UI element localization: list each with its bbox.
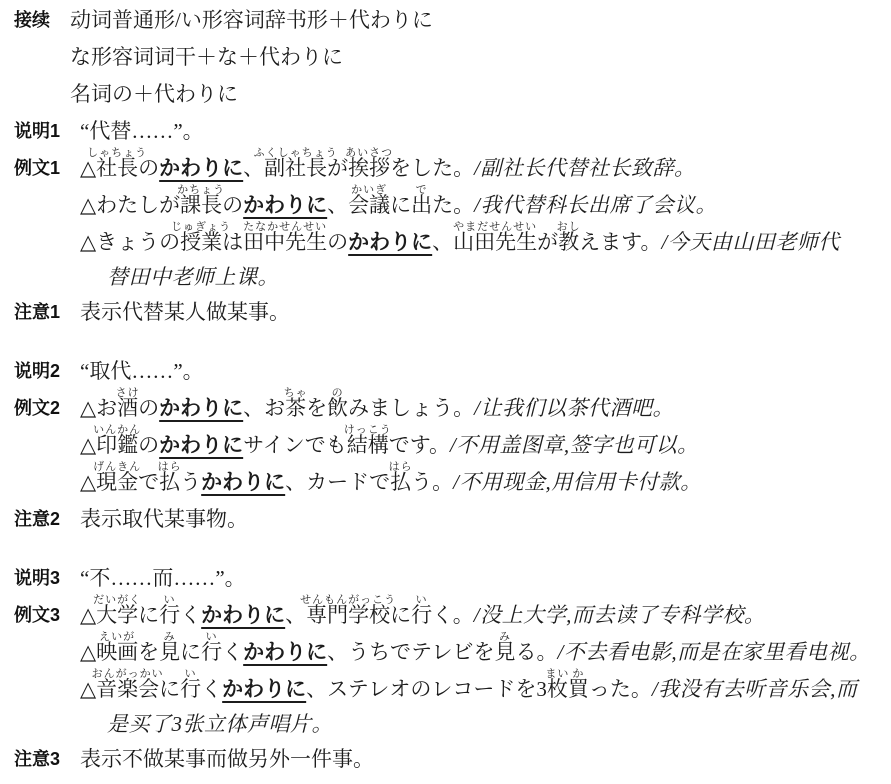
block-content-zhuyi-1: 表示代替某人做某事。 xyxy=(80,294,885,331)
ruby-base-text: 専門学校 xyxy=(306,603,390,627)
text-segment: △ xyxy=(80,433,96,457)
text-segment: に xyxy=(159,677,180,701)
ruby-base: 社長しゃちょう xyxy=(96,150,138,187)
furigana: で xyxy=(416,185,428,196)
ruby-base-text: 授業 xyxy=(180,230,222,254)
text-segment: く xyxy=(201,677,222,701)
ruby-base: 行い xyxy=(180,671,201,708)
block-label-reibun-1: 例文1 xyxy=(14,150,60,187)
block-label-zhuyi-2: 注意2 xyxy=(14,501,60,538)
text-segment: をした。 xyxy=(390,156,474,180)
text-segment: は xyxy=(222,230,243,254)
block-label-shuoming-2: 说明2 xyxy=(14,353,60,390)
furigana: いんかん xyxy=(93,425,141,436)
block-reibun-2: 例文2△お酒さけのかわりに、お茶ちゃを飲のみましょう。/让我们以茶代酒吧。△印鑑… xyxy=(14,390,885,501)
text-line: △お酒さけのかわりに、お茶ちゃを飲のみましょう。/让我们以茶代酒吧。 xyxy=(80,390,885,427)
text-segment: く xyxy=(180,603,201,627)
chinese-translation: /我没有去听音乐会,而 xyxy=(652,677,858,701)
block-content-setsuzoku: 动词普通形/い形容词辞书形＋代わりにな形容词词干＋な＋代わりに名词の＋代わりに xyxy=(70,2,885,113)
ruby-base: 挨拶あいさつ xyxy=(348,150,390,187)
ruby-base-text: 会議 xyxy=(348,193,390,217)
ruby-base: 払はら xyxy=(390,464,411,501)
text-segment: 、お xyxy=(243,396,285,420)
furigana: い xyxy=(206,632,218,643)
text-segment: “不……而……”。 xyxy=(80,566,246,590)
furigana: おし xyxy=(557,222,581,233)
text-line: 名词の＋代わりに xyxy=(70,76,885,113)
furigana: げんきん xyxy=(93,462,141,473)
text-segment: 、カードで xyxy=(285,470,390,494)
furigana: か xyxy=(572,669,584,680)
ruby-base: 授業じゅぎょう xyxy=(180,224,222,261)
text-segment: に xyxy=(390,193,411,217)
block-label-zhuyi-1: 注意1 xyxy=(14,294,60,331)
text-line: 表示取代某事物。 xyxy=(80,501,885,538)
ruby-base-text: 映画 xyxy=(96,640,138,664)
text-segment: 、うちでテレビを xyxy=(327,640,494,664)
text-line: △現金げんきんで払はらうかわりに、カードで払はらう。/不用现金,用信用卡付款。 xyxy=(80,464,885,501)
block-setsuzoku: 接续动词普通形/い形容词辞书形＋代わりにな形容词词干＋な＋代わりに名词の＋代わり… xyxy=(14,2,885,113)
ruby-base: 行い xyxy=(411,597,432,634)
keyword-kawarini: かわりに xyxy=(222,678,306,701)
text-segment: の xyxy=(138,396,159,420)
text-segment: “代替……”。 xyxy=(80,119,204,143)
block-content-shuoming-2: “取代……”。 xyxy=(80,353,885,390)
furigana: えいが xyxy=(99,632,135,643)
furigana: しゃちょう xyxy=(87,148,147,159)
block-content-reibun-2: △お酒さけのかわりに、お茶ちゃを飲のみましょう。/让我们以茶代酒吧。△印鑑いんか… xyxy=(80,390,885,501)
keyword-kawarini: かわりに xyxy=(348,231,432,254)
text-segment: △わたしが xyxy=(80,193,180,217)
text-segment: 、 xyxy=(432,230,453,254)
text-segment: る。 xyxy=(516,640,558,664)
text-segment: く xyxy=(222,640,243,664)
block-content-shuoming-1: “代替……”。 xyxy=(80,113,885,150)
furigana: はら xyxy=(389,462,413,473)
ruby-base-text: 課長 xyxy=(180,193,222,217)
ruby-base: 副社長ふくしゃちょう xyxy=(264,150,327,187)
ruby-base: 会議かいぎ xyxy=(348,187,390,224)
ruby-base: 課長かちょう xyxy=(180,187,222,224)
text-segment: △お xyxy=(80,396,117,420)
text-segment: の xyxy=(138,433,159,457)
text-segment: で xyxy=(138,470,159,494)
text-line: 动词普通形/い形容词辞书形＋代わりに xyxy=(70,2,885,39)
text-segment: えます。 xyxy=(579,230,661,254)
text-segment: 表示不做某事而做另外一件事。 xyxy=(80,747,374,771)
text-line: △社長しゃちょうのかわりに、副社長ふくしゃちょうが挨拶あいさつをした。/副社长代… xyxy=(80,150,885,187)
ruby-base-text: 行 xyxy=(201,640,222,664)
keyword-kawarini: かわりに xyxy=(243,194,327,217)
text-segment: △ xyxy=(80,677,96,701)
text-segment: の xyxy=(222,193,243,217)
furigana: だいがく xyxy=(93,595,141,606)
ruby-base: 印鑑いんかん xyxy=(96,427,138,464)
furigana: かいぎ xyxy=(351,185,387,196)
furigana: おんがっかい xyxy=(92,669,164,680)
chinese-translation: /不用现金,用信用卡付款。 xyxy=(453,470,702,494)
text-segment: に xyxy=(180,640,201,664)
continuation-line: 是买了3张立体声唱片。 xyxy=(80,708,885,741)
ruby-base-text: 大学 xyxy=(96,603,138,627)
block-shuoming-1: 说明1“代替……”。 xyxy=(14,113,885,150)
ruby-base-text: 田中先生 xyxy=(243,230,327,254)
furigana: はら xyxy=(158,462,182,473)
keyword-kawarini: かわりに xyxy=(159,157,243,180)
ruby-base: 教おし xyxy=(558,224,579,261)
block-shuoming-2: 说明2“取代……”。 xyxy=(14,353,885,390)
text-segment: △ xyxy=(80,640,96,664)
keyword-kawarini: かわりに xyxy=(201,604,285,627)
text-segment: 、 xyxy=(285,603,306,627)
furigana: い xyxy=(164,595,176,606)
text-segment: 、 xyxy=(327,193,348,217)
ruby-base-text: 行 xyxy=(180,677,201,701)
text-segment: です。 xyxy=(389,433,450,457)
text-segment: を xyxy=(138,640,159,664)
block-label-shuoming-1: 说明1 xyxy=(14,113,60,150)
text-line: △きょうの授業じゅぎょうは田中先生たなかせんせいのかわりに、山田先生やまだせんせ… xyxy=(80,224,885,261)
text-segment: みましょう。 xyxy=(348,396,474,420)
chinese-translation: 是买了3张立体声唱片。 xyxy=(107,712,333,736)
block-label-reibun-2: 例文2 xyxy=(14,390,60,427)
furigana: み xyxy=(499,632,511,643)
furigana: たなかせんせい xyxy=(243,222,327,233)
block-label-setsuzoku: 接续 xyxy=(14,2,50,39)
ruby-base: 見み xyxy=(159,634,180,671)
text-segment: 表示取代某事物。 xyxy=(80,507,248,531)
text-segment: “取代……”。 xyxy=(80,359,204,383)
text-segment: が xyxy=(537,230,558,254)
furigana: かちょう xyxy=(177,185,225,196)
ruby-base: 行い xyxy=(159,597,180,634)
block-label-reibun-3: 例文3 xyxy=(14,597,60,634)
block-reibun-1: 例文1△社長しゃちょうのかわりに、副社長ふくしゃちょうが挨拶あいさつをした。/副… xyxy=(14,150,885,294)
text-segment: う xyxy=(180,470,201,494)
text-segment: な形容词词干＋な＋代わりに xyxy=(70,45,343,69)
furigana: けっこう xyxy=(344,425,392,436)
chinese-translation: 替田中老师上课。 xyxy=(107,265,279,289)
text-segment: く。 xyxy=(432,603,474,627)
text-segment: サインでも xyxy=(243,433,347,457)
block-content-zhuyi-3: 表示不做某事而做另外一件事。 xyxy=(80,741,885,778)
ruby-base: 払はら xyxy=(159,464,180,501)
ruby-base: 山田先生やまだせんせい xyxy=(453,224,537,261)
keyword-kawarini: かわりに xyxy=(201,471,285,494)
text-line: 表示代替某人做某事。 xyxy=(80,294,885,331)
furigana: ふくしゃちょう xyxy=(254,148,338,159)
ruby-base-text: 茶 xyxy=(285,396,306,420)
block-content-shuoming-3: “不……而……”。 xyxy=(80,560,885,597)
ruby-base-text: 行 xyxy=(159,603,180,627)
ruby-base: 枚まい xyxy=(547,671,568,708)
text-line: △大学だいがくに行いくかわりに、専門学校せんもんがっこうに行いく。/没上大学,而… xyxy=(80,597,885,634)
chinese-translation: /我代替科长出席了会议。 xyxy=(474,193,717,217)
chinese-translation: /让我们以茶代酒吧。 xyxy=(474,396,674,420)
text-line: △音楽会おんがっかいに行いくかわりに、ステレオのレコードを3枚まい買かった。/我… xyxy=(80,671,885,708)
text-segment: △ xyxy=(80,156,96,180)
furigana: い xyxy=(416,595,428,606)
keyword-kawarini: かわりに xyxy=(159,397,243,420)
ruby-base: 酒さけ xyxy=(117,390,138,427)
chinese-translation: /不去看电影,而是在家里看电视。 xyxy=(558,640,871,664)
ruby-base-text: 酒 xyxy=(117,396,138,420)
keyword-kawarini: かわりに xyxy=(243,641,327,664)
ruby-base: 結構けっこう xyxy=(347,427,389,464)
text-line: △映画えいがを見みに行いくかわりに、うちでテレビを見みる。/不去看电影,而是在家… xyxy=(80,634,885,671)
block-zhuyi-1: 注意1表示代替某人做某事。 xyxy=(14,294,885,331)
ruby-base-text: 見 xyxy=(495,640,516,664)
furigana: まい xyxy=(545,669,569,680)
text-line: “取代……”。 xyxy=(80,353,885,390)
ruby-base: 買か xyxy=(568,671,589,708)
ruby-base: 見み xyxy=(495,634,516,671)
ruby-base: 現金げんきん xyxy=(96,464,138,501)
block-shuoming-3: 说明3“不……而……”。 xyxy=(14,560,885,597)
text-segment: を xyxy=(306,396,327,420)
block-content-reibun-3: △大学だいがくに行いくかわりに、専門学校せんもんがっこうに行いく。/没上大学,而… xyxy=(80,597,885,741)
keyword-kawarini: かわりに xyxy=(159,434,243,457)
ruby-base-text: 挨拶 xyxy=(348,156,390,180)
text-line: △印鑑いんかんのかわりにサインでも結構けっこうです。/不用盖图章,签字也可以。 xyxy=(80,427,885,464)
block-zhuyi-2: 注意2表示取代某事物。 xyxy=(14,501,885,538)
furigana: やまだせんせい xyxy=(453,222,537,233)
furigana: せんもんがっこう xyxy=(300,595,396,606)
ruby-base: 映画えいが xyxy=(96,634,138,671)
ruby-base-text: 買 xyxy=(568,677,589,701)
ruby-base-text: 印鑑 xyxy=(96,433,138,457)
text-segment: った。 xyxy=(589,677,652,701)
text-segment: の xyxy=(327,230,348,254)
ruby-base-text: 教 xyxy=(558,230,579,254)
ruby-base-text: 見 xyxy=(159,640,180,664)
text-line: “不……而……”。 xyxy=(80,560,885,597)
ruby-base-text: 飲 xyxy=(327,396,348,420)
page: 接续动词普通形/い形容词辞书形＋代わりにな形容词词干＋な＋代わりに名词の＋代わり… xyxy=(0,0,891,784)
text-line: △わたしが課長かちょうのかわりに、会議かいぎに出でた。/我代替科长出席了会议。 xyxy=(80,187,885,224)
continuation-line: 替田中老师上课。 xyxy=(80,261,885,294)
furigana: み xyxy=(164,632,176,643)
ruby-base: 茶ちゃ xyxy=(285,390,306,427)
ruby-base: 飲の xyxy=(327,390,348,427)
ruby-base: 音楽会おんがっかい xyxy=(96,671,159,708)
chinese-translation: /副社长代替社长致辞。 xyxy=(474,156,695,180)
furigana: い xyxy=(185,669,197,680)
ruby-base-text: 出 xyxy=(411,193,432,217)
chinese-translation: /不用盖图章,签字也可以。 xyxy=(450,433,699,457)
block-content-reibun-1: △社長しゃちょうのかわりに、副社長ふくしゃちょうが挨拶あいさつをした。/副社长代… xyxy=(80,150,885,294)
ruby-base-text: 社長 xyxy=(96,156,138,180)
furigana: の xyxy=(332,388,344,399)
text-line: な形容词词干＋な＋代わりに xyxy=(70,39,885,76)
ruby-base: 大学だいがく xyxy=(96,597,138,634)
text-segment: 、 xyxy=(243,156,264,180)
ruby-base-text: 結構 xyxy=(347,433,389,457)
ruby-base: 行い xyxy=(201,634,222,671)
ruby-base: 出で xyxy=(411,187,432,224)
text-segment: 、ステレオのレコードを3 xyxy=(306,677,547,701)
text-segment: に xyxy=(390,603,411,627)
text-segment: △ xyxy=(80,603,96,627)
furigana: ちゃ xyxy=(284,388,308,399)
ruby-base-text: 副社長 xyxy=(264,156,327,180)
text-segment: △ xyxy=(80,470,96,494)
chinese-translation: /今天由山田老师代 xyxy=(662,230,840,254)
text-segment: 表示代替某人做某事。 xyxy=(80,300,290,324)
chinese-translation: /没上大学,而去读了专科学校。 xyxy=(474,603,766,627)
text-segment: に xyxy=(138,603,159,627)
furigana: じゅぎょう xyxy=(171,222,231,233)
text-segment: う。 xyxy=(411,470,453,494)
ruby-base: 田中先生たなかせんせい xyxy=(243,224,327,261)
ruby-base-text: 枚 xyxy=(547,677,568,701)
ruby-base-text: 払 xyxy=(159,470,180,494)
text-segment: 动词普通形/い形容词辞书形＋代わりに xyxy=(70,8,433,32)
text-line: 表示不做某事而做另外一件事。 xyxy=(80,741,885,778)
ruby-base-text: 現金 xyxy=(96,470,138,494)
text-segment: が xyxy=(327,156,348,180)
block-content-zhuyi-2: 表示取代某事物。 xyxy=(80,501,885,538)
text-line: “代替……”。 xyxy=(80,113,885,150)
text-segment: △きょうの xyxy=(80,230,180,254)
block-label-zhuyi-3: 注意3 xyxy=(14,741,60,778)
text-segment: 名词の＋代わりに xyxy=(70,82,238,106)
ruby-base-text: 行 xyxy=(411,603,432,627)
furigana: さけ xyxy=(116,388,140,399)
ruby-base-text: 払 xyxy=(390,470,411,494)
text-segment: た。 xyxy=(432,193,474,217)
text-segment: の xyxy=(138,156,159,180)
furigana: あいさつ xyxy=(345,148,393,159)
ruby-base-text: 山田先生 xyxy=(453,230,537,254)
ruby-base: 専門学校せんもんがっこう xyxy=(306,597,390,634)
block-reibun-3: 例文3△大学だいがくに行いくかわりに、専門学校せんもんがっこうに行いく。/没上大… xyxy=(14,597,885,741)
block-zhuyi-3: 注意3表示不做某事而做另外一件事。 xyxy=(14,741,885,778)
ruby-base-text: 音楽会 xyxy=(96,677,159,701)
block-label-shuoming-3: 说明3 xyxy=(14,560,60,597)
